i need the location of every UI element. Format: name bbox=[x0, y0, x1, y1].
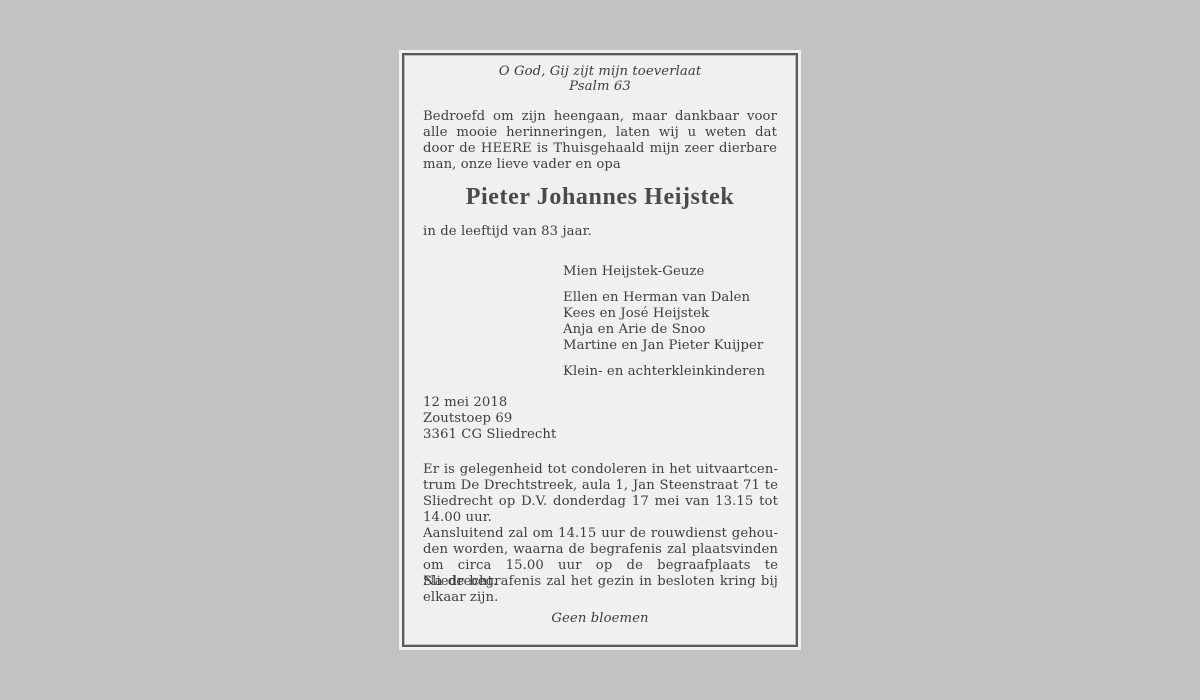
notice-date: 12 mei 2018 bbox=[423, 395, 507, 411]
condolence-line: trum De Drechtstreek, aula 1, Jan Steens… bbox=[423, 478, 778, 494]
condolence-line: Sliedrecht op D.V. donderdag 17 mei van … bbox=[423, 494, 778, 510]
psalm-reference: Psalm 63 bbox=[399, 79, 801, 95]
service-line: Na de begrafenis zal het gezin in beslot… bbox=[423, 574, 778, 590]
child-family: Anja en Arie de Snoo bbox=[563, 322, 706, 338]
child-family: Kees en José Heijstek bbox=[563, 306, 709, 322]
address-street: Zoutstoep 69 bbox=[423, 411, 512, 427]
intro-line: door de HEERE is Thuisgehaald mijn zeer … bbox=[423, 141, 777, 157]
condolence-line: 14.00 uur. bbox=[423, 510, 492, 526]
service-line: elkaar zijn. bbox=[423, 590, 498, 606]
service-line: Aansluitend zal om 14.15 uur de rouwdien… bbox=[423, 526, 778, 542]
intro-line: Bedroefd om zijn heengaan, maar dankbaar… bbox=[423, 109, 777, 125]
address-city: 3361 CG Sliedrecht bbox=[423, 427, 556, 443]
grandchildren: Klein- en achterkleinkinderen bbox=[563, 364, 765, 380]
spouse-name: Mien Heijstek-Geuze bbox=[563, 264, 704, 280]
condolence-line: Er is gelegenheid tot condoleren in het … bbox=[423, 462, 778, 478]
intro-line: alle mooie herinneringen, laten wij u we… bbox=[423, 125, 777, 141]
deceased-name: Pieter Johannes Heijstek bbox=[399, 183, 801, 211]
child-family: Martine en Jan Pieter Kuijper bbox=[563, 338, 763, 354]
service-line: den worden, waarna de begrafenis zal pla… bbox=[423, 542, 778, 558]
closing-note: Geen bloemen bbox=[399, 611, 801, 627]
obituary-notice: O God, Gij zijt mijn toeverlaat Psalm 63… bbox=[399, 50, 801, 650]
child-family: Ellen en Herman van Dalen bbox=[563, 290, 750, 306]
intro-line: man, onze lieve vader en opa bbox=[423, 157, 621, 173]
age-line: in de leeftijd van 83 jaar. bbox=[423, 224, 592, 240]
motto: O God, Gij zijt mijn toeverlaat bbox=[399, 64, 801, 80]
